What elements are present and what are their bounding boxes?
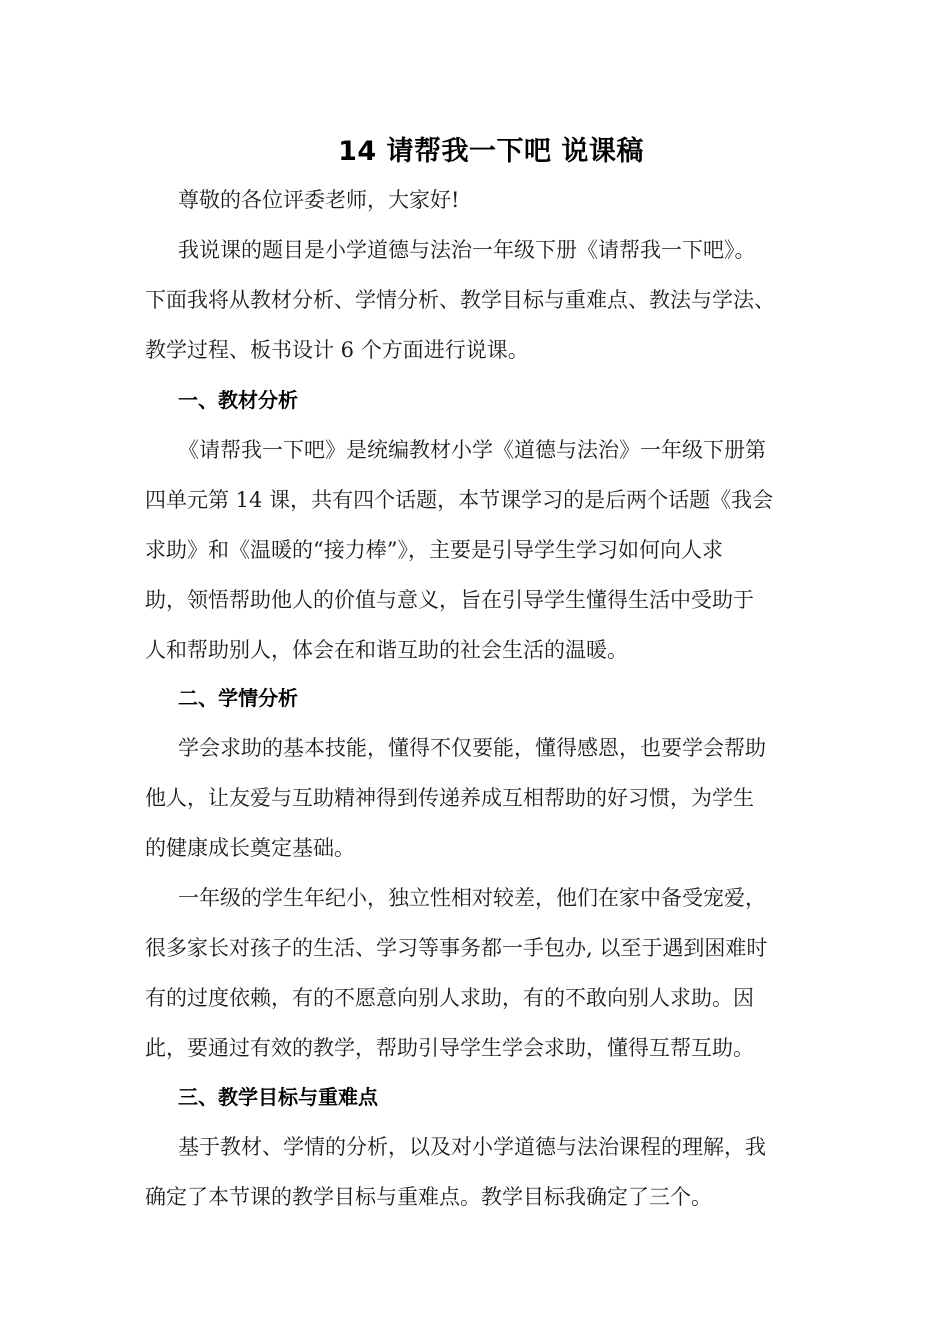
intro-line-1: 我说课的题目是小学道德与法治一年级下册《请帮我一下吧》。 <box>178 235 756 265</box>
document-page: 14 请帮我一下吧 说课稿 尊敬的各位评委老师，大家好! 我说课的题目是小学道德… <box>0 0 950 1344</box>
section-heading-student-analysis: 二、学情分析 <box>178 683 298 713</box>
textbook-analysis-line-5: 人和帮助别人，体会在和谐互助的社会生活的温暖。 <box>145 635 628 665</box>
greeting-line: 尊敬的各位评委老师，大家好! <box>178 185 459 215</box>
intro-line-3: 教学过程、板书设计 6 个方面进行说课。 <box>145 335 529 365</box>
student-analysis-p2-line-1: 一年级的学生年纪小，独立性相对较差，他们在家中备受宠爱， <box>178 883 766 913</box>
textbook-analysis-line-1: 《请帮我一下吧》是统编教材小学《道德与法治》一年级下册第 <box>178 435 766 465</box>
student-analysis-p1-line-1: 学会求助的基本技能，懂得不仅要能，懂得感恩，也要学会帮助 <box>178 733 766 763</box>
section-heading-textbook-analysis: 一、教材分析 <box>178 385 298 415</box>
teaching-goals-line-1: 基于教材、学情的分析，以及对小学道德与法治课程的理解，我 <box>178 1132 766 1162</box>
document-title: 14 请帮我一下吧 说课稿 <box>0 134 950 170</box>
student-analysis-p2-line-3: 有的过度依赖，有的不愿意向别人求助，有的不敢向别人求助。因 <box>145 983 754 1013</box>
textbook-analysis-line-2: 四单元第 14 课，共有四个话题，本节课学习的是后两个话题《我会 <box>145 485 773 515</box>
student-analysis-p1-line-2: 他人，让友爱与互助精神得到传递养成互相帮助的好习惯，为学生 <box>145 783 754 813</box>
section-heading-teaching-goals: 三、教学目标与重难点 <box>178 1082 378 1112</box>
teaching-goals-line-2: 确定了本节课的教学目标与重难点。教学目标我确定了三个。 <box>145 1182 712 1212</box>
textbook-analysis-line-3: 求助》和《温暖的“接力棒”》，主要是引导学生学习如何向人求 <box>145 535 723 565</box>
textbook-analysis-line-4: 助，领悟帮助他人的价值与意义，旨在引导学生懂得生活中受助于 <box>145 585 754 615</box>
intro-line-2: 下面我将从教材分析、学情分析、教学目标与重难点、教法与学法、 <box>145 285 775 315</box>
student-analysis-p2-line-2: 很多家长对孩子的生活、学习等事务都一手包办, 以至于遇到困难时 <box>145 933 767 963</box>
student-analysis-p1-line-3: 的健康成长奠定基础。 <box>145 833 355 863</box>
student-analysis-p2-line-4: 此，要通过有效的教学，帮助引导学生学会求助，懂得互帮互助。 <box>145 1033 754 1063</box>
